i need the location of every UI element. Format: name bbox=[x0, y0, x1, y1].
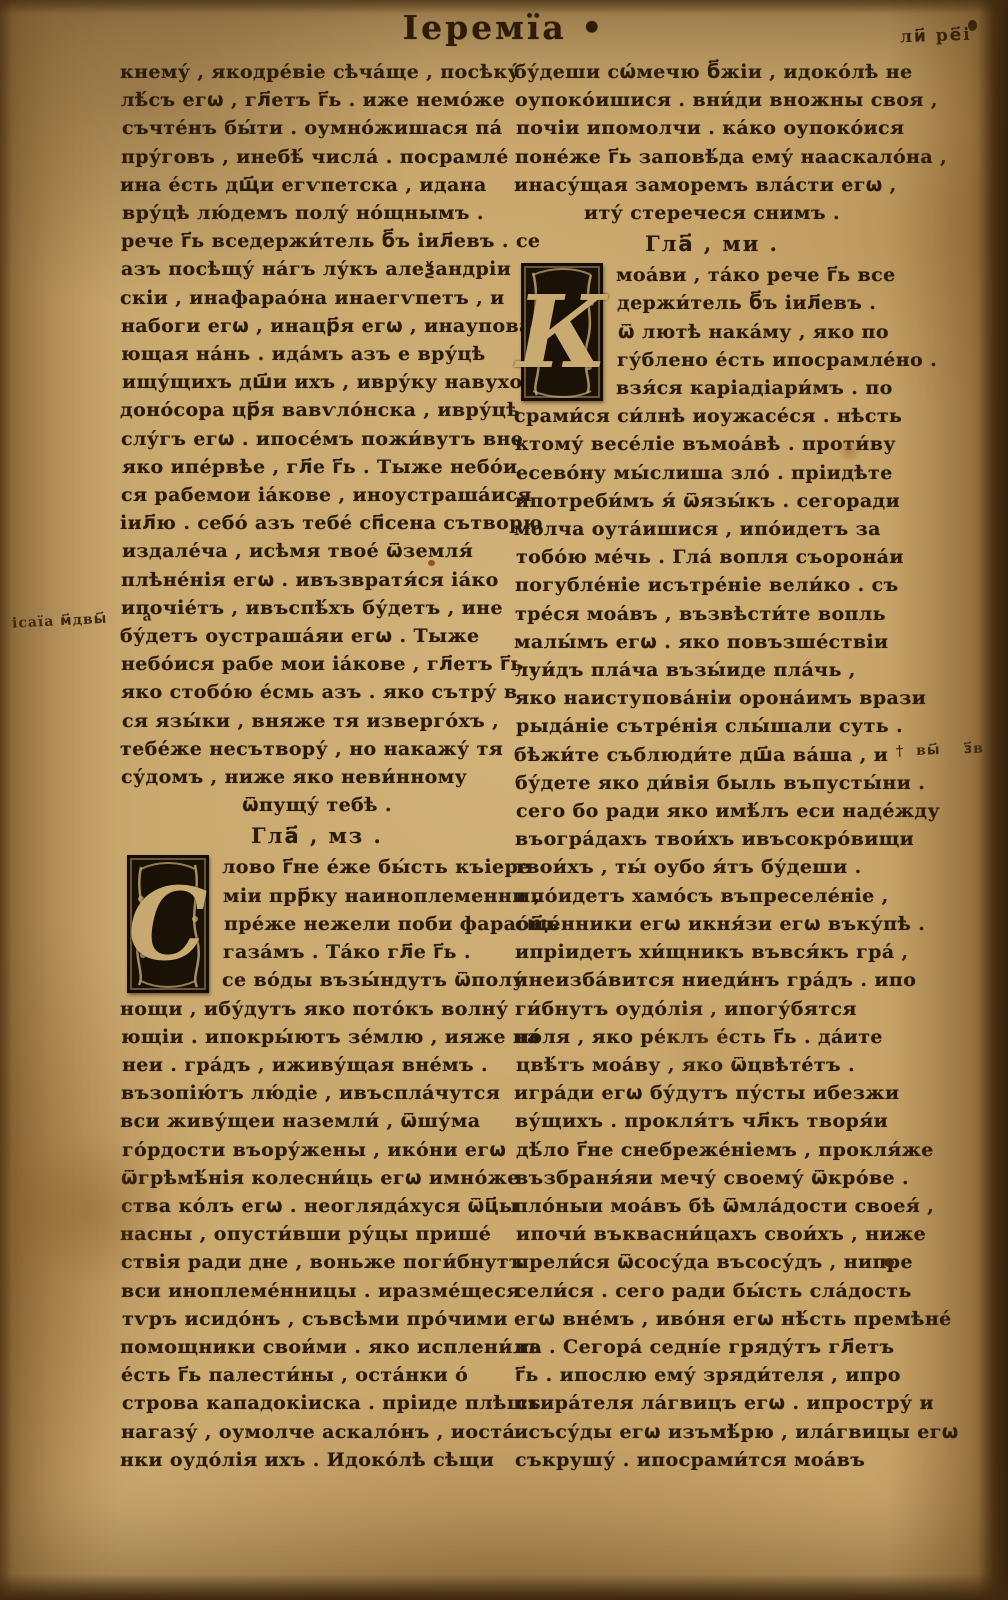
text-line: стира́теля ла́гвицъ егѡ . ипростру́ и bbox=[516, 1389, 910, 1417]
page-edge-left bbox=[0, 0, 12, 1600]
text-line: исъсу́ды егѡ изъмѣ́рю , ила́гвицы егѡ bbox=[514, 1418, 908, 1446]
text-line: сего бо ради яко имѣ́лъ еси наде́жду bbox=[516, 797, 910, 825]
text-line: † вы҃ з҃в bbox=[896, 740, 984, 759]
text-line: е́сть г҃ь палести́ны , оста́нки о́ bbox=[121, 1361, 513, 1389]
text-line: строва кападокіиска . пріиде плѣшь bbox=[122, 1389, 514, 1417]
text-line: міи прр҃ку наиноплеменни , bbox=[223, 882, 558, 910]
paragraph: бу́деши сѡ́мечю б҃жіи , идоко́лѣ неоупок… bbox=[515, 58, 909, 199]
running-title: Іеремїа • bbox=[0, 8, 1008, 47]
text-line: бу́деши сѡ́мечю б҃жіи , идоко́лѣ не bbox=[514, 58, 908, 86]
text-line: ипочи́ въквасни́цахъ свои́хъ , ниже bbox=[516, 1220, 910, 1248]
text-line: възопію́тъ лю́діе , ивъспла́чутся bbox=[121, 1079, 513, 1107]
text-line: ющая на́нь . ида́мъ азъ е вру́цѣ bbox=[121, 340, 513, 368]
text-line: моа́ви , та́ко рече г҃ь все bbox=[616, 261, 936, 289]
chapter-opening: С лово г҃не е́же бы́сть къіереміи прр҃ку… bbox=[121, 853, 513, 994]
text-line: погубле́ніе исътре́ніе вели́ко . съ bbox=[515, 571, 909, 599]
text-line: нощи , ибу́дутъ яко пото́къ волну́ bbox=[120, 995, 512, 1023]
text-line: бу́дете яко ди́вія быль въпусты́ни . bbox=[515, 769, 909, 797]
text-line: пру́говъ , инебѣ́ числа́ . посрамле́ bbox=[121, 143, 513, 171]
chapter-opening: К моа́ви , та́ко рече г҃ь вседержи́тель … bbox=[515, 261, 909, 402]
page-edge-right bbox=[978, 0, 1008, 1600]
text-line: г҃ь . ипослю ему́ зряди́теля , ипро bbox=[515, 1361, 909, 1389]
text-line: лово г҃не е́же бы́сть къіере bbox=[222, 853, 557, 881]
woodcut-initial-icon: С bbox=[127, 855, 209, 993]
text-line: пло́ныи моа́въ бѣ ѿмла́дости своея́ , bbox=[514, 1192, 908, 1220]
text-line: скіи , инафарао́на инаегѵпетъ , и bbox=[120, 284, 512, 312]
text-line: възбраня́яи мечу́ своему́ ѿкро́ве . bbox=[515, 1164, 909, 1192]
text-line: лѣ́съ егѡ , гл҃етъ г҃ь . иже немо́же bbox=[121, 86, 513, 114]
text-line: ищу́щихъ дш҃и ихъ , ивру́ку навухо bbox=[122, 368, 514, 396]
margin-note-right: † вы҃ з҃в bbox=[896, 738, 984, 761]
text-line: вру́цѣ лю́демъ полу́ но́щнымъ . bbox=[122, 199, 514, 227]
text-line: тѵръ исидо́нъ , съвсѣми про́чими bbox=[122, 1305, 514, 1333]
text-line: тебе́же несътвору́ , но накажу́ тя bbox=[120, 735, 512, 763]
text-line: пре́же нежели поби фарао́нъ bbox=[224, 910, 559, 938]
text-line: яко стобо́ю е́смь азъ . яко сътру́ в bbox=[121, 678, 513, 706]
text-line: кнему́ , якодре́віе сѣча́ще , посѣку́ bbox=[120, 58, 512, 86]
text-line: бу́детъ оустраша́яи егѡ . Тыже bbox=[120, 622, 512, 650]
text-line: ствія ради дне , воньже поги́бнутъ bbox=[121, 1248, 513, 1276]
text-line: на . Сегора́ седні́е гряду́тъ гл҃етъ bbox=[515, 1333, 909, 1361]
folio-number: ли҃ ре҃і bbox=[900, 25, 972, 47]
text-line: егѡ вне́мъ , иво́ня егѡ нѣ́сть премѣне́ bbox=[514, 1305, 908, 1333]
text-line: игра́ди егѡ бу́дутъ пу́сты ибезжи bbox=[514, 1079, 908, 1107]
initial-letter: К bbox=[521, 263, 603, 401]
text-line: су́домъ , ниже яко неви́нному bbox=[121, 763, 513, 791]
text-line: небо́ися рабе мои іа́кове , гл҃етъ г҃ь , bbox=[121, 650, 513, 678]
text-line: сели́ся . сего ради бы́сть сла́дость bbox=[515, 1277, 909, 1305]
text-line: слу́гъ егѡ . ипосе́мъ пожи́вутъ вне bbox=[121, 425, 513, 453]
text-line: плѣне́нія егѡ . ивъзвратя́ся іа́ко bbox=[121, 566, 513, 594]
chapter-heading-48: Гла҃ , ми . bbox=[515, 227, 909, 261]
text-line: оупоко́ишися . вни́ди вножны своя , bbox=[515, 86, 909, 114]
text-line: помощники свои́ми . яко исплени́лъ bbox=[120, 1333, 512, 1361]
page-edge-bottom bbox=[0, 1574, 1008, 1600]
text-line: съчте́нъ бы́ти . оумно́жишася па́ bbox=[122, 114, 514, 142]
text-line: набоги егѡ , инацр҃я егѡ , инаупова́ bbox=[121, 312, 513, 340]
text-line: нагазу́ , оумолче аскало́нъ , иоста́ bbox=[121, 1418, 513, 1446]
text-line: инеизба́вится ниеди́нъ гра́дъ . ипо bbox=[514, 966, 908, 994]
paragraph: кнему́ , якодре́віе сѣча́ще , посѣку́лѣ́… bbox=[121, 58, 513, 791]
text-line: ѿ лютѣ нака́му , яко по bbox=[618, 318, 938, 346]
text-line: ѿгрѣмѣ́нія колесни́ць егѡ имно́же bbox=[121, 1164, 513, 1192]
text-line: ипо́идетъ хамо́съ въпреселе́ніе , bbox=[516, 882, 910, 910]
text-line: доно́сора цр҃я вавѵло́нска , ивру́цѣ bbox=[120, 396, 512, 424]
initial-letter: С bbox=[127, 855, 209, 993]
text-line: ющіи . ипокры́ютъ зе́млю , ияже на bbox=[121, 1023, 513, 1051]
text-line: вси живу́щеи наземли́ , ѿшу́ма bbox=[120, 1107, 512, 1135]
text-line: прели́ся ѿсосу́да въсосу́дъ , нипре bbox=[515, 1248, 909, 1276]
text-line: твои́хъ , ты́ оубо я́тъ бу́деши . bbox=[514, 853, 908, 881]
text-line: ісаїа м҃д bbox=[12, 612, 84, 632]
paragraph-beside-initial: моа́ви , та́ко рече г҃ь вседержи́тель б҃… bbox=[617, 261, 937, 402]
text-line: срами́ся си́лнѣ иоужасе́ся . нѣсть bbox=[514, 402, 908, 430]
text-line: вси иноплеме́нницы . иразме́щеся bbox=[121, 1277, 513, 1305]
text-line: ипріидетъ хи́щникъ въвся́къ гра́ , bbox=[515, 938, 909, 966]
text-line: яко ипе́рвѣе , гл҃е г҃ь . Тыже небо́и bbox=[122, 453, 514, 481]
text-line: луи́дъ пла́ча възы́иде пла́чь , bbox=[515, 656, 909, 684]
text-column-left: кнему́ , якодре́віе сѣча́ще , посѣку́лѣ́… bbox=[121, 58, 513, 1474]
text-line: вы҃ а bbox=[83, 608, 153, 628]
text-line: тобо́ю ме́чь . Гла́ вопля съорона́и bbox=[516, 543, 910, 571]
text-line: сщ҃е́нники егѡ икня́зи егѡ въку́пѣ . bbox=[515, 910, 909, 938]
text-line: неи . гра́дъ , иживу́щая вне́мъ . bbox=[122, 1051, 514, 1079]
text-line: се во́ды възы́ндутъ ѿполу́ bbox=[222, 966, 557, 994]
text-line: бѣжи́те съблюди́те дш҃а ва́ша , и bbox=[514, 741, 908, 769]
text-line: гу́блено е́сть ипосрамле́но . bbox=[617, 346, 937, 374]
text-line: нки оудо́лія ихъ . Идоко́лѣ сѣщи bbox=[120, 1446, 512, 1474]
text-line: ства ко́лъ егѡ . неогляда́хуся ѿц҃ы bbox=[121, 1192, 513, 1220]
text-line: іил҃ю . себо́ азъ тебе́ сп҃сена сътворю bbox=[120, 509, 512, 537]
text-line: съкрушу́ . ипосрами́тся моа́въ bbox=[515, 1446, 909, 1474]
text-line: инасу́щая заморемъ вла́сти егѡ , bbox=[514, 171, 908, 199]
text-line: ся рабемои іа́кове , иноустраша́ися bbox=[121, 481, 513, 509]
scanned-book-page: Іеремїа • ли҃ ре҃і кнему́ , якодре́віе с… bbox=[0, 0, 1008, 1600]
text-line: ипотреби́мъ я́ ѿязы́къ . сегоради bbox=[515, 487, 909, 515]
text-column-right: бу́деши сѡ́мечю б҃жіи , идоко́лѣ неоупок… bbox=[515, 58, 909, 1474]
text-line: издале́ча , исѣмя твое́ ѿземля́ bbox=[122, 537, 514, 565]
text-line: ги́бнутъ оудо́лія , ипогу́бятся bbox=[515, 995, 909, 1023]
text-line: ина е́сть дщ҃и егѵпетска , идана bbox=[120, 171, 512, 199]
text-line: тре́ся моа́въ , възвѣсти́те вопль bbox=[515, 600, 909, 628]
paragraph-beside-initial: лово г҃не е́же бы́сть къіереміи прр҃ку н… bbox=[223, 853, 558, 994]
text-line: дѣ́ло г҃не снебреже́ніемъ , прокля́же bbox=[516, 1136, 910, 1164]
text-line: рече г҃ь вседержи́тель б҃ъ іил҃евъ . се bbox=[121, 227, 513, 255]
text-line: по́ля , яко ре́клъ е́сть г҃ь . да́ите bbox=[515, 1023, 909, 1051]
text-line: взя́ся каріадіари́мъ . по bbox=[616, 374, 936, 402]
text-line: ипочіе́тъ , ивъспѣ́хъ бу́детъ , ине bbox=[121, 594, 513, 622]
paragraph-closing-line: иту́ стеречеся снимъ . bbox=[515, 199, 909, 227]
text-line: ся язы́ки , вняже тя изверго́хъ , bbox=[122, 707, 514, 735]
text-line: ктому́ весе́ліе въмоа́вѣ . проти́ву bbox=[515, 430, 909, 458]
text-line: держи́тель б҃ъ іил҃евъ . bbox=[617, 289, 937, 317]
text-line: рыда́ніе сътре́нія слы́шали суть . bbox=[516, 712, 910, 740]
text-line: го́рдости въору́жены , ико́ни егѡ bbox=[122, 1136, 514, 1164]
text-line: въогра́дахъ твои́хъ ивъсокро́вищи bbox=[515, 825, 909, 853]
paragraph: срами́ся си́лнѣ иоужасе́ся . нѣстьктому́… bbox=[515, 402, 909, 1474]
text-line: молча оута́ишися , ипо́идетъ за bbox=[514, 515, 908, 543]
text-line: газа́мъ . Та́ко гл҃е г҃ь . bbox=[223, 938, 558, 966]
text-line: яко наиступова́ніи орона́имъ врази bbox=[515, 684, 909, 712]
text-line: ву́щихъ . прокля́тъ чл҃къ творя́и bbox=[515, 1107, 909, 1135]
chapter-heading-47: Гла҃ , мз . bbox=[121, 819, 513, 853]
text-line: цвѣ́тъ моа́ву , яко ѿцвѣте́тъ . bbox=[516, 1051, 910, 1079]
text-line: насны , опусти́вши ру́цы прише́ bbox=[120, 1220, 512, 1248]
text-line: малы́мъ егѡ . яко повъзше́ствіи bbox=[514, 628, 908, 656]
text-line: есево́ну мы́слиша зло́ . пріидѣте bbox=[516, 459, 910, 487]
text-line: почіи ипомолчи . ка́ко оупоко́ися bbox=[516, 114, 910, 142]
paragraph: нощи , ибу́дутъ яко пото́къ волну́ющіи .… bbox=[121, 995, 513, 1474]
paragraph-closing-line: ѿпущу́ тебѣ . bbox=[121, 791, 513, 819]
text-line: азъ посѣщу́ на́гъ лу́къ алеѯандріи bbox=[121, 255, 513, 283]
woodcut-initial-icon: К bbox=[521, 263, 603, 401]
text-line: поне́же г҃ь заповѣ́да ему́ нааскало́на , bbox=[515, 143, 909, 171]
